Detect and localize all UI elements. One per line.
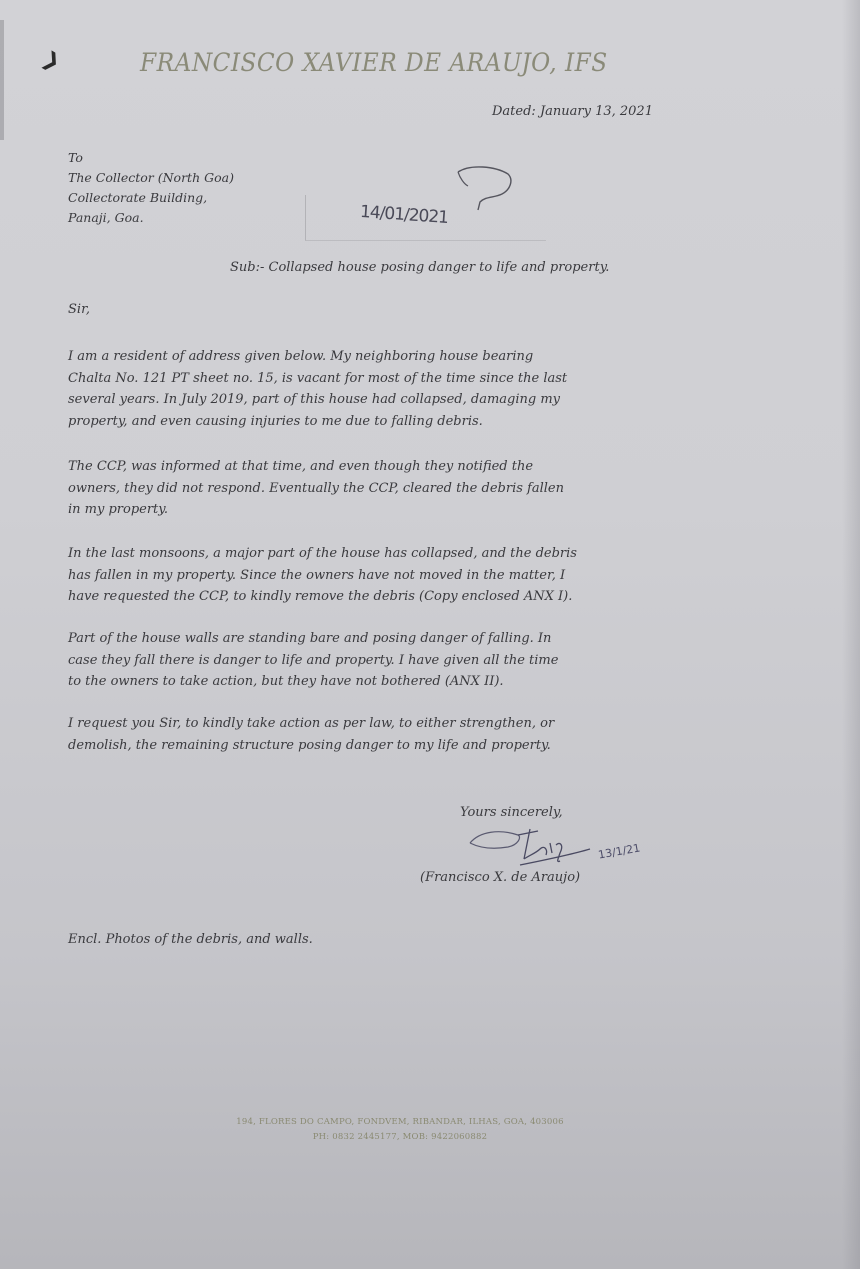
body-paragraph: I request you Sir, to kindly take action… [68, 713, 718, 756]
paragraph-line: to the owners to take action, but they h… [68, 671, 718, 693]
paragraph-line: have requested the CCP, to kindly remove… [68, 586, 718, 608]
dated-value: January 13, 2021 [540, 104, 653, 119]
paragraph-line: The CCP, was informed at that time, and … [68, 456, 718, 478]
recipient-to: To [68, 148, 234, 168]
page-edge-shadow [842, 0, 860, 1269]
paragraph-line: property, and even causing injuries to m… [68, 411, 718, 433]
signed-name: (Francisco X. de Araujo) [420, 870, 580, 885]
paragraph-line: has fallen in my property. Since the own… [68, 565, 718, 587]
paragraph-line: demolish, the remaining structure posing… [68, 735, 718, 757]
footer-address: 194, FLORES DO CAMPO, FONDVEM, RIBANDAR,… [130, 1115, 670, 1130]
paragraph-line: case they fall there is danger to life a… [68, 650, 718, 672]
body-paragraph: The CCP, was informed at that time, and … [68, 456, 718, 521]
letterhead-footer: 194, FLORES DO CAMPO, FONDVEM, RIBANDAR,… [130, 1115, 670, 1145]
paragraph-line: Chalta No. 121 PT sheet no. 15, is vacan… [68, 368, 718, 390]
body-paragraph: I am a resident of address given below. … [68, 346, 718, 432]
subject-line: Sub:- Collapsed house posing danger to l… [230, 260, 609, 275]
paragraph-line: several years. In July 2019, part of thi… [68, 389, 718, 411]
paragraph-line: owners, they did not respond. Eventually… [68, 478, 718, 500]
letter-date: Dated: January 13, 2021 [492, 104, 653, 119]
recipient-address: To The Collector (North Goa) Collectorat… [68, 148, 234, 228]
footer-contact: PH: 0832 2445177, MOB: 9422060882 [130, 1130, 670, 1145]
paragraph-line: Part of the house walls are standing bar… [68, 628, 718, 650]
dated-label: Dated: [492, 104, 536, 119]
enclosure-note: Encl. Photos of the debris, and walls. [68, 932, 313, 947]
body-paragraph: In the last monsoons, a major part of th… [68, 543, 718, 608]
recipient-line: The Collector (North Goa) [68, 168, 234, 188]
recipient-line: Panaji, Goa. [68, 208, 234, 228]
letterhead-name: FRANCISCO XAVIER DE ARAUJO, IFS [140, 48, 642, 77]
letter-page: ❯ FRANCISCO XAVIER DE ARAUJO, IFS Dated:… [0, 0, 860, 1269]
page-edge-shadow [0, 20, 4, 140]
paragraph-line: I am a resident of address given below. … [68, 346, 718, 368]
paragraph-line: In the last monsoons, a major part of th… [68, 543, 718, 565]
paragraph-line: I request you Sir, to kindly take action… [68, 713, 718, 735]
punch-mark: ❯ [42, 52, 57, 67]
recipient-line: Collectorate Building, [68, 188, 234, 208]
salutation: Sir, [68, 302, 90, 317]
received-initials-scribble [450, 160, 520, 220]
paragraph-line: in my property. [68, 499, 718, 521]
body-paragraph: Part of the house walls are standing bar… [68, 628, 718, 693]
